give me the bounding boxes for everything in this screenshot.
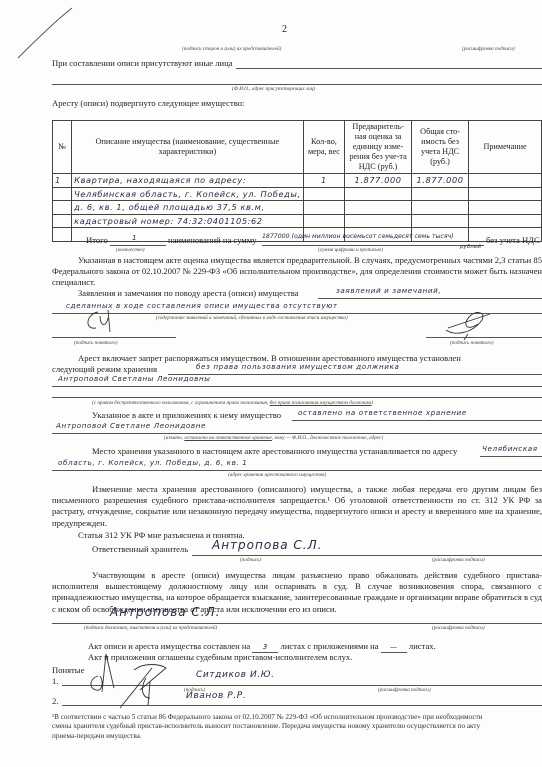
estimate-paragraph: Указанная в настоящем акте оценка имущес… <box>52 255 542 289</box>
others-caption: (Ф.И.О., адрес присутствующих лиц) <box>232 86 315 92</box>
table-row: д. 6, кв. 1, общей площадью 37,5 кв.м, <box>53 201 542 215</box>
sum-currency: рублей <box>460 244 481 250</box>
cell-qty <box>303 187 345 201</box>
location-field-1[interactable] <box>480 456 542 457</box>
attachments-count[interactable]: — <box>381 641 407 653</box>
debtor-caption: (подписи должника, взыскателя и (или) их… <box>84 625 217 631</box>
location-hw-2: область, г. Копейск, ул. Победы, д. 6, к… <box>58 458 247 467</box>
change-paragraph: Изменение места хранения арестованного (… <box>52 484 542 529</box>
witness-1-name: Ситдиков И.Ю. <box>196 670 275 680</box>
property-caption: (изъято, оставлено на ответственное хран… <box>164 435 383 441</box>
location-field-2[interactable] <box>52 470 542 471</box>
property-field-1[interactable] <box>292 420 542 421</box>
cell-num <box>53 187 72 201</box>
witness-2-signature <box>440 306 496 340</box>
col-description: Описание имущества (наименование, сущест… <box>72 121 304 174</box>
table-row: 1 Квартира, находящаяся по адресу: 1 1.8… <box>53 174 542 188</box>
cell-unit-price <box>345 187 412 201</box>
sheets-post: листах. <box>409 641 436 651</box>
property-label: Указанное в акте и приложениях к нему им… <box>92 410 281 421</box>
others-present-field-2[interactable] <box>52 84 542 85</box>
cell-desc: Квартира, находящаяся по адресу: <box>72 174 304 188</box>
storage-mode-caption: (с правом беспрепятственного пользования… <box>92 400 373 406</box>
property-field-2[interactable] <box>52 433 542 434</box>
cell-total <box>411 214 468 228</box>
col-note: Примечание <box>469 121 542 174</box>
cell-note <box>469 201 542 215</box>
caption-selected-option: оставлено на ответственное хранение <box>184 435 272 441</box>
cell-note <box>469 214 542 228</box>
witness-2-sign-field[interactable] <box>426 337 542 338</box>
location-label: Место хранения указанного в настоящем ак… <box>92 446 457 457</box>
no-vat-label: без учета НДС <box>486 235 540 246</box>
location-caption: (адрес хранения арестованного имущества) <box>228 472 326 478</box>
cell-total <box>411 187 468 201</box>
cell-unit-price <box>345 214 412 228</box>
cell-num: 1 <box>53 174 72 188</box>
witness-1-caption: (подпись понятого) <box>74 340 117 346</box>
caption-part: , кому — Ф.И.О., должностное положение, … <box>272 435 383 441</box>
storage-mode-field-3[interactable] <box>52 397 542 398</box>
footnote: ¹В соответствии с частью 5 статьи 86 Фед… <box>52 713 492 741</box>
cell-num <box>53 228 72 242</box>
cell-num <box>53 201 72 215</box>
witnesses-signatures <box>80 648 190 718</box>
table-header-row: № Описание имущества (наименование, суще… <box>53 121 542 174</box>
sheets-mid: листах с приложениями на <box>281 641 379 651</box>
property-intro: Аресту (описи) подвергнуто следующее иму… <box>52 98 244 109</box>
decode-caption: (расшифровка подписи) <box>462 46 515 52</box>
caption-selected-option: без права пользования имуществом должник… <box>270 400 372 406</box>
cell-qty <box>303 214 345 228</box>
cell-unit-price: 1.877.000 <box>345 174 412 188</box>
inventory-table: № Описание имущества (наименование, суще… <box>52 120 542 242</box>
names-sum-label: наименований на сумму <box>168 235 256 246</box>
cell-qty: 1 <box>303 174 345 188</box>
debtor-signature: Антропова С.Л. <box>110 605 220 619</box>
col-num: № <box>53 121 72 174</box>
custodian-decode-caption: (расшифровка подписи) <box>432 557 485 563</box>
statements-hw-1: заявлений и замечаний, <box>336 286 441 295</box>
witness-2-num: 2. <box>52 696 58 707</box>
table-row: кадастровый номер: 74:32:0401105:62 <box>53 214 542 228</box>
corner-pen-stroke <box>14 4 76 62</box>
storage-mode-field-1[interactable] <box>168 374 542 375</box>
location-hw-1: Челябинская <box>482 444 538 453</box>
witness-2-caption: (подпись понятого) <box>450 340 493 346</box>
cell-qty <box>303 201 345 215</box>
total-count-field[interactable] <box>110 245 166 246</box>
sum-handwritten: 1877000 (один миллион восемьсот семьдеся… <box>262 233 454 240</box>
witness-1-sign-field[interactable] <box>52 337 176 338</box>
others-present-field[interactable] <box>236 68 542 69</box>
cell-desc: д. 6, кв. 1, общей площадью 37,5 кв.м, <box>72 201 304 215</box>
statements-field-1[interactable] <box>318 298 542 299</box>
sum-field[interactable] <box>262 245 484 246</box>
cell-total <box>411 201 468 215</box>
col-quantity: Кол-во, мера, вес <box>303 121 345 174</box>
caption-part: (с правом беспрепятственного пользования… <box>92 400 270 406</box>
witness-1-signature <box>78 306 128 336</box>
count-caption: (количество) <box>116 247 145 253</box>
property-hw-1: оставлено на ответственное хранение <box>298 408 467 417</box>
table-row: Челябинская область, г. Копейск, ул. Поб… <box>53 187 542 201</box>
debtor-sign-field[interactable] <box>52 623 542 624</box>
cell-unit-price <box>345 201 412 215</box>
statements-caption: (содержание заявлений и замечаний, сдела… <box>156 315 348 321</box>
col-unit-price: Предваритель-ная оценка за единицу изме-… <box>345 121 412 174</box>
statements-label: Заявления и замечания по поводу ареста (… <box>78 288 299 299</box>
caption-part: (изъято, <box>164 435 184 441</box>
witness-2-name: Иванов Р.Р. <box>186 691 246 701</box>
custodian-signature: Антропова С.Л. <box>212 538 322 552</box>
storage-mode-field-2[interactable] <box>52 386 542 387</box>
custodian-label: Ответственный хранитель <box>92 544 188 555</box>
signatures-caption: (подписи сторон и (или) их представителе… <box>182 46 281 52</box>
cell-total: 1.877.000 <box>411 174 468 188</box>
storage-mode-hw-1: без права пользования имуществом должник… <box>196 362 400 371</box>
cell-note <box>469 174 542 188</box>
cell-note <box>469 187 542 201</box>
storage-mode-hw-2: Антроповой Светланы Леонидовны <box>58 374 211 383</box>
debtor-decode-caption: (расшифровка подписи) <box>432 625 485 631</box>
caption-part: ) <box>371 400 373 406</box>
cell-desc: кадастровый номер: 74:32:0401105:62 <box>72 214 304 228</box>
witness-decode-caption: (расшифровка подписи) <box>378 687 431 693</box>
total-count: 1 <box>132 233 137 242</box>
custodian-sig-caption: (подпись) <box>240 557 261 563</box>
cell-num <box>53 214 72 228</box>
witness-1-num: 1. <box>52 676 58 687</box>
page-number: 2 <box>282 24 287 35</box>
custodian-sign-field[interactable] <box>192 555 542 556</box>
others-present-label: При составлении описи присутствуют иные … <box>52 58 233 69</box>
property-hw-2: Антроповой Светлане Леонидовне <box>56 421 206 430</box>
total-label: Итого <box>86 235 108 246</box>
cell-desc: Челябинская область, г. Копейск, ул. Поб… <box>72 187 304 201</box>
sum-caption: (сумма цифрами и прописью) <box>318 247 383 253</box>
col-total: Общая сто-имость без учета НДС (руб.) <box>411 121 468 174</box>
